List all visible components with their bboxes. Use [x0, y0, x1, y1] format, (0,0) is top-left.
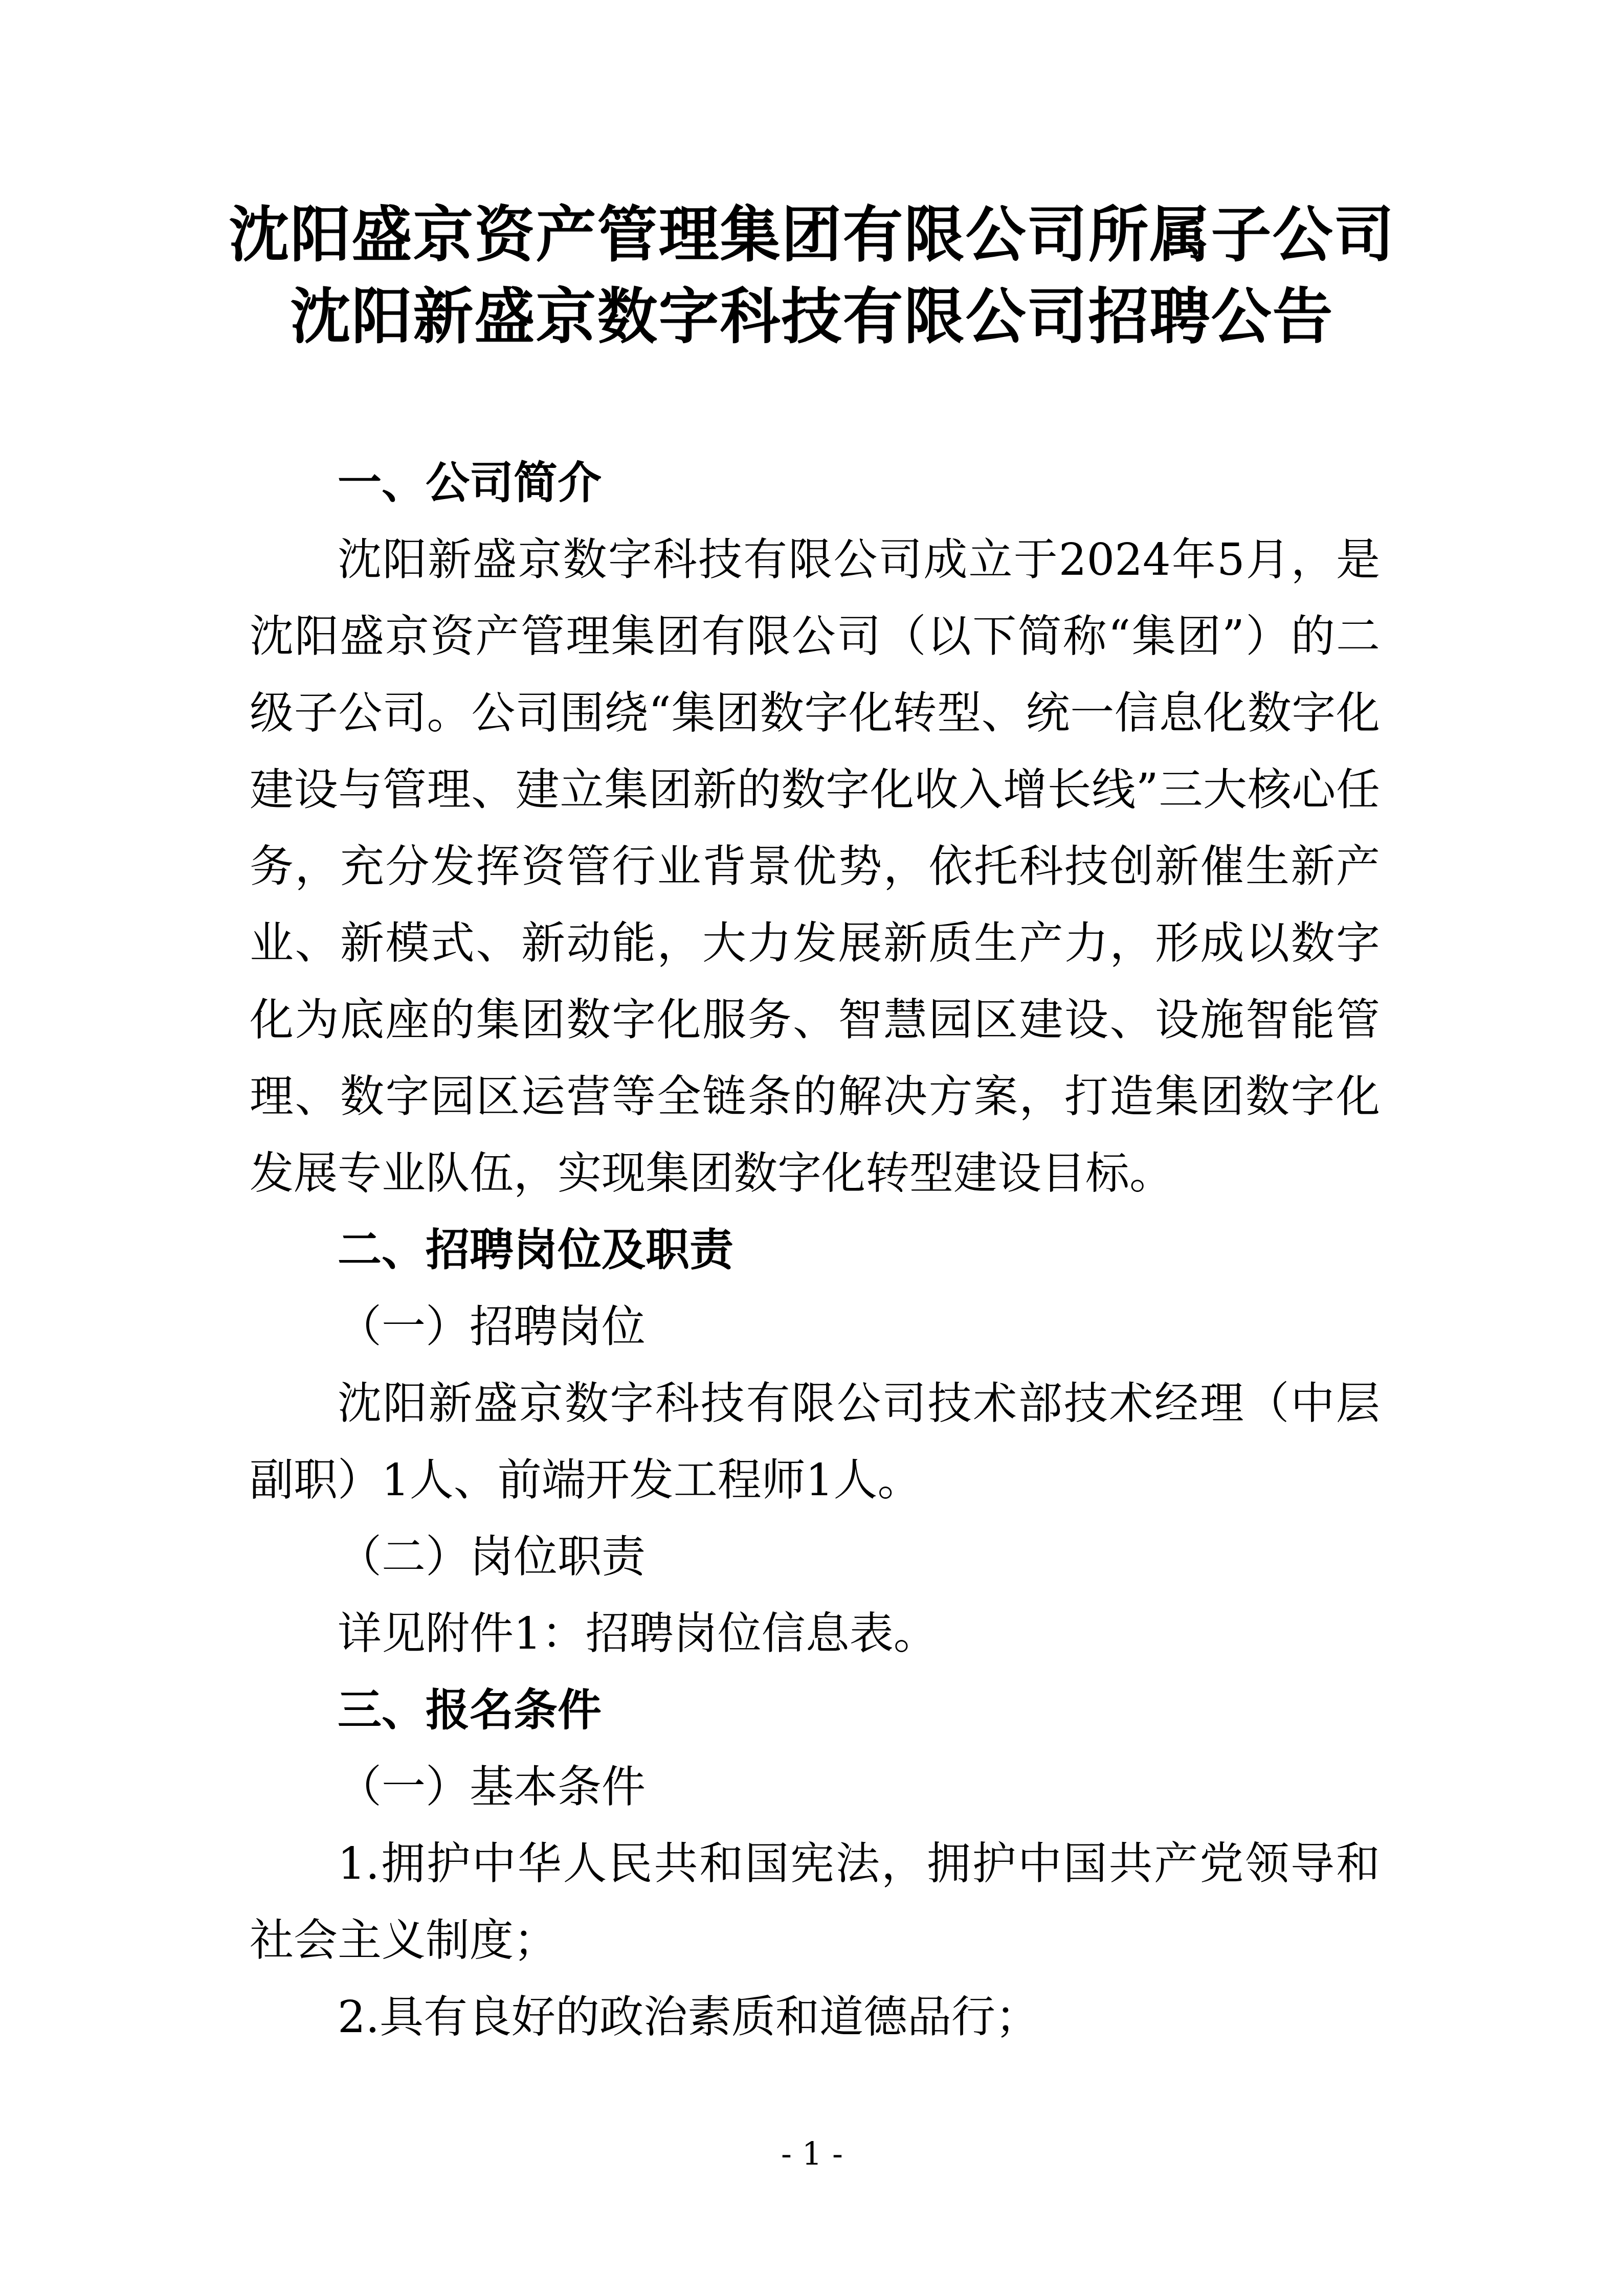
company-intro-paragraph: 沈阳新盛京数字科技有限公司成立于2024年5月，是沈阳盛京资产管理集团有限公司（… — [250, 522, 1380, 1212]
section-heading-positions: 二、招聘岗位及职责 — [250, 1212, 1380, 1289]
page-number: - 1 - — [0, 2135, 1624, 2172]
section-heading-company-intro: 一、公司简介 — [250, 445, 1380, 522]
document-page: 沈阳盛京资产管理集团有限公司所属子公司 沈阳新盛京数字科技有限公司招聘公告 一、… — [0, 0, 1624, 2296]
requirement-item: 1.拥护中华人民共和国宪法，拥护中国共产党领导和社会主义制度； — [250, 1826, 1380, 1979]
subheading-basic-requirements: （一）基本条件 — [250, 1749, 1380, 1826]
subheading-responsibilities: （二）岗位职责 — [250, 1519, 1380, 1595]
document-title-line-1: 沈阳盛京资产管理集团有限公司所属子公司 — [0, 205, 1624, 265]
requirement-item: 2.具有良好的政治素质和道德品行； — [250, 1979, 1380, 2056]
responsibilities-paragraph: 详见附件1：招聘岗位信息表。 — [250, 1595, 1380, 1672]
document-body: 一、公司简介 沈阳新盛京数字科技有限公司成立于2024年5月，是沈阳盛京资产管理… — [250, 445, 1380, 2056]
section-heading-requirements: 三、报名条件 — [250, 1672, 1380, 1749]
document-title-line-2: 沈阳新盛京数字科技有限公司招聘公告 — [0, 286, 1624, 347]
positions-paragraph: 沈阳新盛京数字科技有限公司技术部技术经理（中层副职）1人、前端开发工程师1人。 — [250, 1365, 1380, 1519]
subheading-positions: （一）招聘岗位 — [250, 1289, 1380, 1365]
